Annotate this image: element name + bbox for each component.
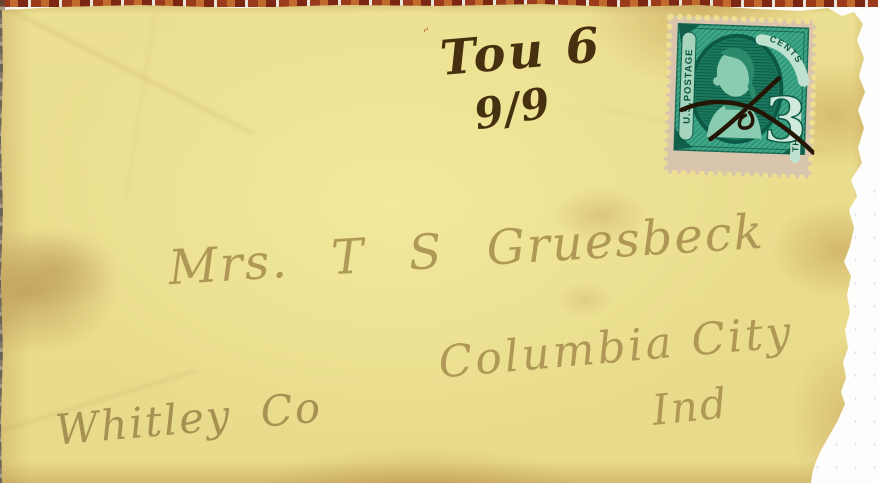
scanned-envelope-photo: Tou 6 9/9 ᳓ Mrs. T S Gruesbeck Columbia … [0,0,878,483]
address-line-state: Ind [650,378,731,435]
postage-stamp: U.S.POSTAGE CENTS THREE 3 [661,13,819,184]
stamp-design: U.S.POSTAGE CENTS THREE 3 [674,24,810,159]
